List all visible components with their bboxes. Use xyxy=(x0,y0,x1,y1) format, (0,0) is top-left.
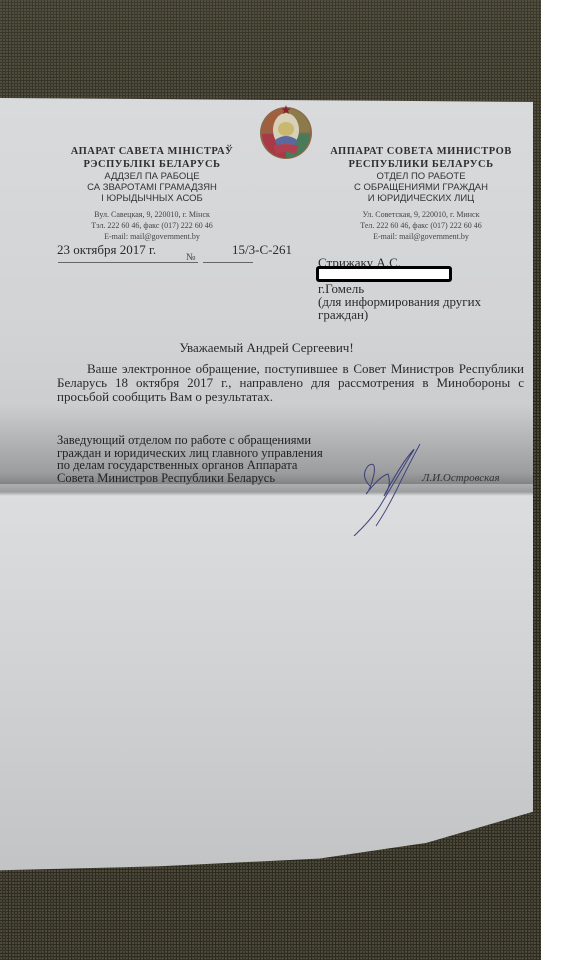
address: Ул. Советская, 9, 220010, г. Минск xyxy=(316,209,526,220)
letter-body: Ваше электронное обращение, поступившее … xyxy=(57,362,524,404)
dept-line-1: ОТДЕЛ ПО РАБОТЕ xyxy=(316,171,526,182)
letterhead-right: АППАРАТ СОВЕТА МИНИСТРОВ РЕСПУБЛИКИ БЕЛА… xyxy=(316,145,526,242)
dept-line-3: І ЮРЫДЫЧНЫХ АСОБ xyxy=(52,193,252,204)
email: E-mail: mail@government.by xyxy=(316,231,526,242)
belarus-coat-of-arms-icon xyxy=(257,102,315,162)
dept-line-2: СА ЗВАРОТАМІ ГРАМАДЗЯН xyxy=(52,182,252,193)
signatory-name: Л.И.Островская xyxy=(422,472,500,484)
address: Вул. Савецкая, 9, 220010, г. Мінск xyxy=(52,209,252,220)
image-border xyxy=(541,0,576,960)
phone: Тэл. 222 60 46, факс (017) 222 60 46 xyxy=(52,220,252,231)
org-name-belarusian: АПАРАТ САВЕТА МІНІСТРАЎ xyxy=(52,145,252,158)
title-line-4: Совета Министров Республики Беларусь xyxy=(57,472,327,485)
letterhead-left: АПАРАТ САВЕТА МІНІСТРАЎ РЭСПУБЛІКІ БЕЛАР… xyxy=(52,145,252,242)
dept-line-2: С ОБРАЩЕНИЯМИ ГРАЖДАН xyxy=(316,182,526,193)
signatory-title: Заведующий отделом по работе с обращения… xyxy=(57,434,327,484)
dept-line-1: АДДЗЕЛ ПА РАБОЦЕ xyxy=(52,171,252,182)
dept-line-3: И ЮРИДИЧЕСКИХ ЛИЦ xyxy=(316,193,526,204)
letter-date: 23 октября 2017 г. xyxy=(57,242,156,258)
number-underline xyxy=(203,262,253,263)
recipient-note-2: граждан) xyxy=(318,308,481,321)
title-line-3: по делам государственных органов Аппарат… xyxy=(57,459,327,472)
greeting: Уважаемый Андрей Сергеевич! xyxy=(0,340,533,356)
org-country-russian: РЕСПУБЛИКИ БЕЛАРУСЬ xyxy=(316,158,526,171)
email: E-mail: mail@government.by xyxy=(52,231,252,242)
org-country-belarusian: РЭСПУБЛІКІ БЕЛАРУСЬ xyxy=(52,158,252,171)
reference-number: 15/3-С-261 xyxy=(232,242,292,258)
redaction-box xyxy=(316,266,452,282)
phone: Тел. 222 60 46, факс (017) 222 60 46 xyxy=(316,220,526,231)
date-underline xyxy=(58,262,198,263)
number-sign: № xyxy=(186,252,196,263)
title-line-1: Заведующий отделом по работе с обращения… xyxy=(57,434,327,447)
handwritten-signature xyxy=(340,436,435,536)
org-name-russian: АППАРАТ СОВЕТА МИНИСТРОВ xyxy=(316,145,526,158)
